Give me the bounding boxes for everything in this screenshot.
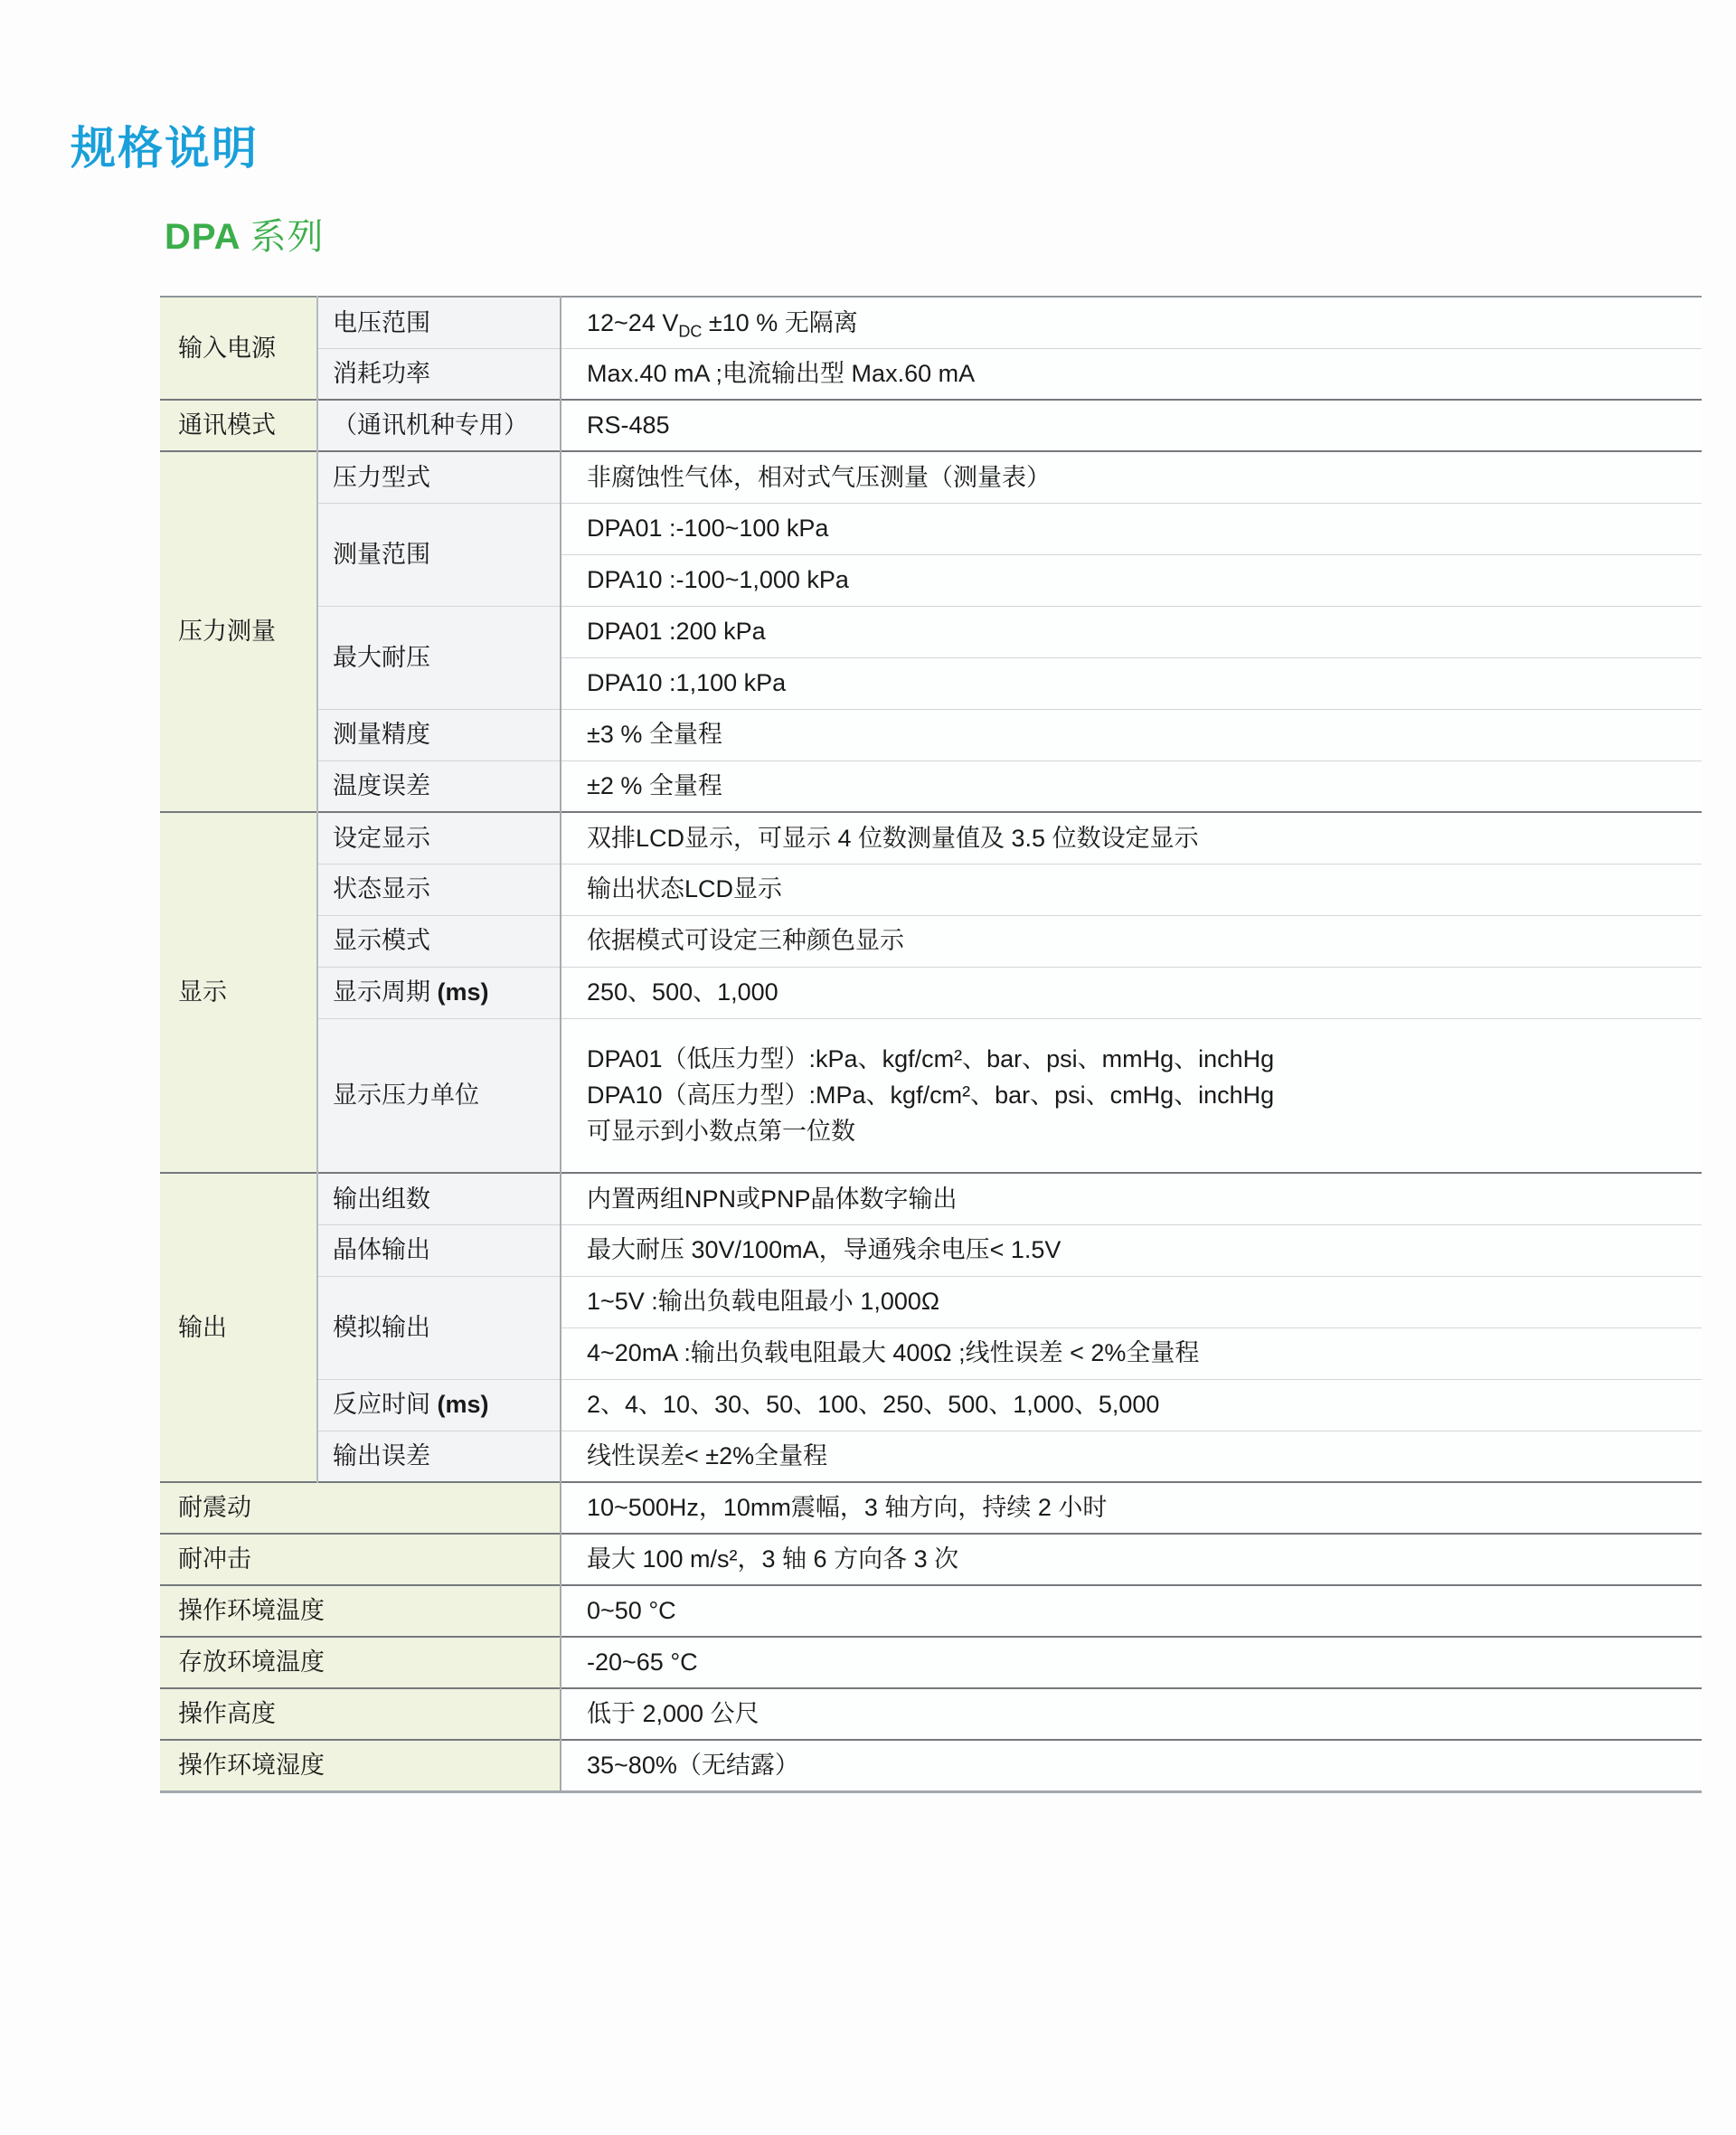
spec-label-cell: 输出组数	[317, 1173, 561, 1224]
table-row: 反应时间 (ms) 2、4、10、30、50、100、250、500、1,000…	[160, 1379, 1702, 1431]
voltage-range-post: ±10 % 无隔离	[702, 309, 857, 336]
spec-value-cell: ±2 % 全量程	[561, 760, 1702, 812]
pressure-unit-line-1: DPA01（低压力型）:kPa、kgf/cm²、bar、psi、mmHg、inc…	[587, 1041, 1702, 1077]
voltage-range-pre: 12~24 V	[587, 309, 678, 336]
spec-label-cell: 状态显示	[317, 864, 561, 915]
spec-group-cell: 压力测量	[160, 451, 317, 812]
table-row: 操作环境温度 0~50 °C	[160, 1585, 1702, 1637]
spec-value-cell: 输出状态LCD显示	[561, 864, 1702, 915]
table-row: 测量精度 ±3 % 全量程	[160, 709, 1702, 760]
spec-label-cell: 输出误差	[317, 1431, 561, 1482]
table-row: 晶体输出 最大耐压 30V/100mA，导通残余电压< 1.5V	[160, 1224, 1702, 1276]
spec-value-cell: DPA01 :-100~100 kPa	[561, 503, 1702, 554]
spec-group-cell: 显示	[160, 812, 317, 1173]
table-row: 输出 输出组数 内置两组NPN或PNP晶体数字输出	[160, 1173, 1702, 1224]
table-row: 压力测量 压力型式 非腐蚀性气体，相对式气压测量（测量表）	[160, 451, 1702, 503]
spec-value-cell: 最大耐压 30V/100mA，导通残余电压< 1.5V	[561, 1224, 1702, 1276]
table-row: 显示压力单位 DPA01（低压力型）:kPa、kgf/cm²、bar、psi、m…	[160, 1018, 1702, 1173]
spec-label-cell: （通讯机种专用）	[317, 400, 561, 451]
spec-value-cell: 12~24 VDC ±10 % 无隔离	[561, 297, 1702, 348]
spec-label-cell: 设定显示	[317, 812, 561, 864]
spec-label-cell: 温度误差	[317, 760, 561, 812]
spec-label-cell: 消耗功率	[317, 348, 561, 400]
table-row: 温度误差 ±2 % 全量程	[160, 760, 1702, 812]
table-row: 状态显示 输出状态LCD显示	[160, 864, 1702, 915]
series-title: DPA系列	[165, 208, 324, 260]
table-row: 输入电源 电压范围 12~24 VDC ±10 % 无隔离	[160, 297, 1702, 348]
spec-value-cell: DPA01 :200 kPa	[561, 606, 1702, 657]
table-row: 测量范围 DPA01 :-100~100 kPa	[160, 503, 1702, 554]
table-row: 操作环境湿度 35~80%（无结露）	[160, 1740, 1702, 1791]
spec-group-cell: 输入电源	[160, 297, 317, 400]
spec-label-cell: 测量范围	[317, 503, 561, 606]
spec-value-cell: 依据模式可设定三种颜色显示	[561, 915, 1702, 967]
spec-value-cell: 1~5V :输出负载电阻最小 1,000Ω	[561, 1276, 1702, 1327]
spec-label-cell: 模拟输出	[317, 1276, 561, 1379]
spec-group-cell: 输出	[160, 1173, 317, 1482]
spec-label-cell: 晶体输出	[317, 1224, 561, 1276]
spec-label-cell: 耐冲击	[160, 1534, 561, 1585]
spec-value-cell: 4~20mA :输出负载电阻最大 400Ω ;线性误差 < 2%全量程	[561, 1327, 1702, 1379]
table-row: 模拟输出 1~5V :输出负载电阻最小 1,000Ω	[160, 1276, 1702, 1327]
spec-label-cell: 显示周期 (ms)	[317, 967, 561, 1018]
spec-value-cell: 非腐蚀性气体，相对式气压测量（测量表）	[561, 451, 1702, 503]
spec-value-cell: 35~80%（无结露）	[561, 1740, 1702, 1791]
table-row: 操作高度 低于 2,000 公尺	[160, 1688, 1702, 1740]
spec-value-cell: DPA01（低压力型）:kPa、kgf/cm²、bar、psi、mmHg、inc…	[561, 1018, 1702, 1173]
table-row: 通讯模式 （通讯机种专用） RS-485	[160, 400, 1702, 451]
spec-label-cell: 操作高度	[160, 1688, 561, 1740]
table-row: 显示 设定显示 双排LCD显示，可显示 4 位数测量值及 3.5 位数设定显示	[160, 812, 1702, 864]
table-row: 耐冲击 最大 100 m/s²，3 轴 6 方向各 3 次	[160, 1534, 1702, 1585]
series-code: DPA	[165, 217, 241, 257]
spec-label-cell: 操作环境湿度	[160, 1740, 561, 1791]
table-row: 存放环境温度 -20~65 °C	[160, 1637, 1702, 1688]
ms-unit-label: (ms)	[430, 978, 489, 1006]
spec-label-cell: 存放环境温度	[160, 1637, 561, 1688]
spec-value-cell: ±3 % 全量程	[561, 709, 1702, 760]
ms-unit-label: (ms)	[430, 1391, 489, 1418]
spec-value-cell: 最大 100 m/s²，3 轴 6 方向各 3 次	[561, 1534, 1702, 1585]
spec-label-cell: 显示模式	[317, 915, 561, 967]
spec-value-cell: -20~65 °C	[561, 1637, 1702, 1688]
spec-label-cell: 电压范围	[317, 297, 561, 348]
table-row: 消耗功率 Max.40 mA ;电流输出型 Max.60 mA	[160, 348, 1702, 400]
series-suffix: 系列	[250, 217, 324, 257]
spec-value-cell: Max.40 mA ;电流输出型 Max.60 mA	[561, 348, 1702, 400]
table-row: 显示模式 依据模式可设定三种颜色显示	[160, 915, 1702, 967]
pressure-unit-line-3: 可显示到小数点第一位数	[587, 1113, 1702, 1149]
spec-value-cell: DPA10 :-100~1,000 kPa	[561, 554, 1702, 606]
spec-value-cell: 2、4、10、30、50、100、250、500、1,000、5,000	[561, 1379, 1702, 1431]
spec-value-cell: 双排LCD显示，可显示 4 位数测量值及 3.5 位数设定显示	[561, 812, 1702, 864]
spec-value-cell: 0~50 °C	[561, 1585, 1702, 1637]
spec-value-cell: 10~500Hz，10mm震幅，3 轴方向，持续 2 小时	[561, 1482, 1702, 1534]
response-time-label: 反应时间	[333, 1391, 430, 1418]
spec-label-cell: 显示压力单位	[317, 1018, 561, 1173]
spec-value-cell: RS-485	[561, 400, 1702, 451]
display-period-label: 显示周期	[333, 978, 430, 1006]
spec-value-cell: 低于 2,000 公尺	[561, 1688, 1702, 1740]
spec-label-cell: 最大耐压	[317, 606, 561, 709]
table-row: 输出误差 线性误差< ±2%全量程	[160, 1431, 1702, 1482]
table-row: 耐震动 10~500Hz，10mm震幅，3 轴方向，持续 2 小时	[160, 1482, 1702, 1534]
table-row: 最大耐压 DPA01 :200 kPa	[160, 606, 1702, 657]
spec-table: 输入电源 电压范围 12~24 VDC ±10 % 无隔离 消耗功率 Max.4…	[160, 296, 1702, 1793]
spec-label-cell: 耐震动	[160, 1482, 561, 1534]
spec-label-cell: 压力型式	[317, 451, 561, 503]
spec-label-cell: 测量精度	[317, 709, 561, 760]
spec-group-cell: 通讯模式	[160, 400, 317, 451]
pressure-unit-line-2: DPA10（高压力型）:MPa、kgf/cm²、bar、psi、cmHg、inc…	[587, 1077, 1702, 1113]
spec-page: 规格说明 DPA系列 输入电源 电压范围 12~24 VDC ±10 % 无隔离…	[0, 0, 1736, 2135]
spec-value-cell: 线性误差< ±2%全量程	[561, 1431, 1702, 1482]
voltage-range-subscript: DC	[678, 322, 702, 340]
spec-value-cell: DPA10 :1,100 kPa	[561, 657, 1702, 709]
table-row: 显示周期 (ms) 250、500、1,000	[160, 967, 1702, 1018]
spec-label-cell: 反应时间 (ms)	[317, 1379, 561, 1431]
page-title: 规格说明	[71, 112, 259, 177]
spec-value-cell: 内置两组NPN或PNP晶体数字输出	[561, 1173, 1702, 1224]
spec-label-cell: 操作环境温度	[160, 1585, 561, 1637]
spec-value-cell: 250、500、1,000	[561, 967, 1702, 1018]
